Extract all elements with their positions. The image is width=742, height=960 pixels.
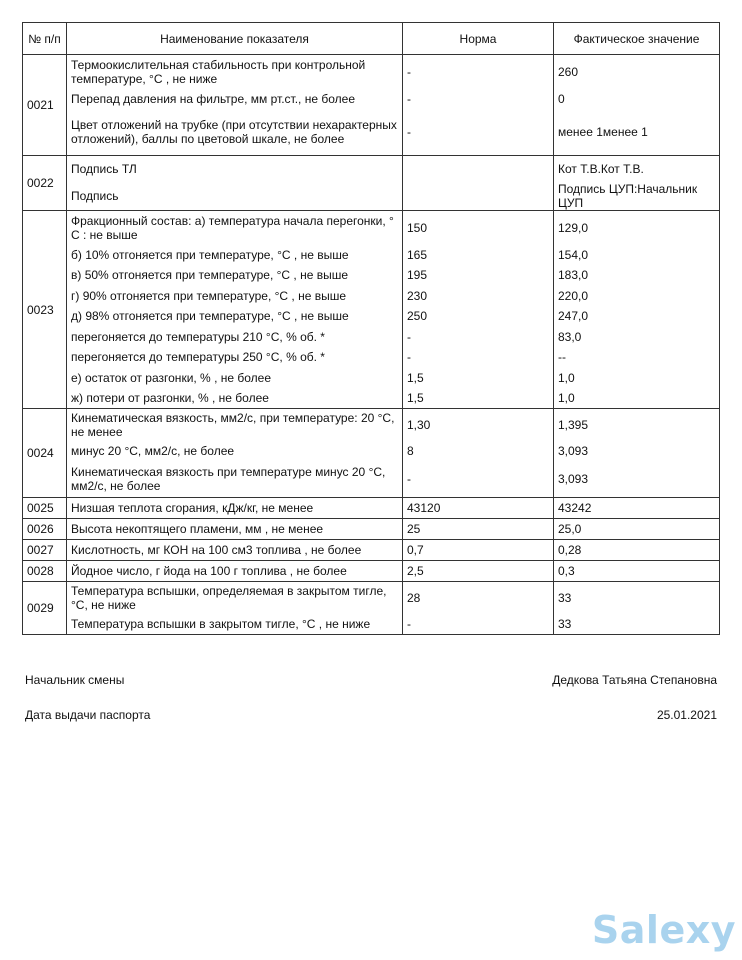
- header-norm: Норма: [403, 23, 554, 55]
- table-header-row: № п/п Наименование показателя Норма Факт…: [23, 23, 720, 55]
- table-row: 0022Подпись ТЛПодписьКот Т.В.Кот Т.В.Под…: [23, 156, 720, 211]
- indicator-name: Температура вспышки, определяемая в закр…: [71, 584, 398, 612]
- row-code: 0028: [23, 561, 67, 582]
- passport-table: № п/п Наименование показателя Норма Факт…: [22, 22, 720, 635]
- row-norm-cell: 25: [403, 519, 554, 540]
- indicator-norm: -: [407, 350, 411, 364]
- indicator-name: Перепад давления на фильтре, мм рт.ст., …: [71, 92, 355, 106]
- indicator-value: 260: [558, 65, 578, 79]
- indicator-norm: 8: [407, 444, 414, 458]
- indicator-value: Кот Т.В.Кот Т.В.: [558, 162, 644, 176]
- table-row: 0024Кинематическая вязкость, мм2/с, при …: [23, 409, 720, 498]
- indicator-name: Подпись ТЛ: [71, 162, 137, 176]
- indicator-value: 1,0: [558, 371, 575, 385]
- row-name-cell: Йодное число, г йода на 100 г топлива , …: [67, 561, 403, 582]
- indicator-name: минус 20 °С, мм2/с, не более: [71, 444, 234, 458]
- indicator-norm: -: [407, 472, 411, 486]
- indicator-name: Термоокислительная стабильность при конт…: [71, 58, 398, 86]
- row-name-cell: Температура вспышки, определяемая в закр…: [67, 582, 403, 635]
- indicator-value: 220,0: [558, 289, 588, 303]
- row-value-cell: 43242: [554, 498, 720, 519]
- header-indicator: Наименование показателя: [67, 23, 403, 55]
- indicator-name: ж) потери от разгонки, % , не более: [71, 391, 269, 405]
- indicator-name: б) 10% отгоняется при температуре, °С , …: [71, 248, 349, 262]
- indicator-value: --: [558, 350, 566, 364]
- row-value-cell: 129,0154,0183,0220,0247,083,0--1,01,0: [554, 211, 720, 409]
- indicator-norm: 195: [407, 268, 427, 282]
- indicator-norm: -: [407, 617, 411, 631]
- row-name-cell: Фракционный состав: а) температура начал…: [67, 211, 403, 409]
- indicator-value: 183,0: [558, 268, 588, 282]
- table-row: 0025Низшая теплота сгорания, кДж/кг, не …: [23, 498, 720, 519]
- indicator-value: Подпись ЦУП:Начальник ЦУП: [558, 182, 715, 210]
- indicator-norm: 165: [407, 248, 427, 262]
- indicator-name: Низшая теплота сгорания, кДж/кг, не мене…: [71, 501, 313, 515]
- table-row: 0023Фракционный состав: а) температура н…: [23, 211, 720, 409]
- table-body: 0021Термоокислительная стабильность при …: [23, 55, 720, 635]
- row-value-cell: 0,3: [554, 561, 720, 582]
- indicator-norm: 150: [407, 221, 427, 235]
- row-norm-cell: ---: [403, 55, 554, 156]
- indicator-name: Цвет отложений на трубке (при отсутствии…: [71, 118, 398, 146]
- row-value-cell: 0,28: [554, 540, 720, 561]
- row-norm-cell: 43120: [403, 498, 554, 519]
- indicator-name: перегоняется до температуры 210 °С, % об…: [71, 330, 325, 344]
- row-norm-cell: 2,5: [403, 561, 554, 582]
- indicator-name: в) 50% отгоняется при температуре, °С , …: [71, 268, 348, 282]
- row-code: 0027: [23, 540, 67, 561]
- table-row: 0026Высота некоптящего пламени, мм , не …: [23, 519, 720, 540]
- indicator-value: менее 1менее 1: [558, 125, 648, 139]
- row-value-cell: 2600менее 1менее 1: [554, 55, 720, 156]
- row-norm-cell: 150165195230250--1,51,5: [403, 211, 554, 409]
- row-name-cell: Подпись ТЛПодпись: [67, 156, 403, 211]
- indicator-value: 0: [558, 92, 565, 106]
- indicator-name: Кислотность, мг КОН на 100 см3 топлива ,…: [71, 543, 361, 557]
- indicator-value: 0,3: [558, 564, 575, 578]
- indicator-norm: 28: [407, 591, 420, 605]
- row-code: 0023: [23, 211, 67, 409]
- row-code: 0022: [23, 156, 67, 211]
- indicator-norm: 43120: [407, 501, 440, 515]
- indicator-norm: 2,5: [407, 564, 424, 578]
- indicator-value: 83,0: [558, 330, 581, 344]
- indicator-norm: 230: [407, 289, 427, 303]
- row-code: 0029: [23, 582, 67, 635]
- table-row: 0028Йодное число, г йода на 100 г топлив…: [23, 561, 720, 582]
- indicator-name: Кинематическая вязкость, мм2/с, при темп…: [71, 411, 398, 439]
- indicator-norm: 250: [407, 309, 427, 323]
- indicator-value: 0,28: [558, 543, 581, 557]
- row-code: 0021: [23, 55, 67, 156]
- indicator-name: Температура вспышки в закрытом тигле, °С…: [71, 617, 370, 631]
- row-code: 0024: [23, 409, 67, 498]
- indicator-name: перегоняется до температуры 250 °С, % об…: [71, 350, 325, 364]
- table-row: 0021Термоокислительная стабильность при …: [23, 55, 720, 156]
- row-value-cell: Кот Т.В.Кот Т.В.Подпись ЦУП:Начальник ЦУ…: [554, 156, 720, 211]
- row-value-cell: 25,0: [554, 519, 720, 540]
- indicator-name: д) 98% отгоняется при температуре, °С , …: [71, 309, 349, 323]
- indicator-norm: 0,7: [407, 543, 424, 557]
- salexy-watermark-logo: Salexy: [592, 908, 736, 952]
- row-norm-cell: 0,7: [403, 540, 554, 561]
- indicator-value: 25,0: [558, 522, 581, 536]
- indicator-value: 1,0: [558, 391, 575, 405]
- indicator-value: 154,0: [558, 248, 588, 262]
- issue-date-label: Дата выдачи паспорта: [25, 708, 150, 722]
- shift-head-label: Начальник смены: [25, 673, 124, 687]
- row-norm-cell: 1,308-: [403, 409, 554, 498]
- indicator-name: г) 90% отгоняется при температуре, °С , …: [71, 289, 346, 303]
- indicator-name: Фракционный состав: а) температура начал…: [71, 214, 398, 242]
- row-name-cell: Высота некоптящего пламени, мм , не мене…: [67, 519, 403, 540]
- indicator-norm: 1,30: [407, 418, 430, 432]
- row-norm-cell: 28-: [403, 582, 554, 635]
- indicator-norm: 1,5: [407, 391, 424, 405]
- indicator-value: 129,0: [558, 221, 588, 235]
- row-code: 0025: [23, 498, 67, 519]
- row-name-cell: Низшая теплота сгорания, кДж/кг, не мене…: [67, 498, 403, 519]
- shift-head-name: Дедкова Татьяна Степановна: [552, 673, 717, 687]
- header-number: № п/п: [23, 23, 67, 55]
- row-code: 0026: [23, 519, 67, 540]
- indicator-norm: 25: [407, 522, 420, 536]
- indicator-value: 247,0: [558, 309, 588, 323]
- indicator-name: Йодное число, г йода на 100 г топлива , …: [71, 564, 347, 578]
- indicator-value: 43242: [558, 501, 591, 515]
- table-row: 0029Температура вспышки, определяемая в …: [23, 582, 720, 635]
- indicator-norm: 1,5: [407, 371, 424, 385]
- row-name-cell: Кислотность, мг КОН на 100 см3 топлива ,…: [67, 540, 403, 561]
- row-value-cell: 1,3953,0933,093: [554, 409, 720, 498]
- row-value-cell: 3333: [554, 582, 720, 635]
- header-actual-value: Фактическое значение: [554, 23, 720, 55]
- indicator-name: Подпись: [71, 189, 119, 203]
- issue-date: 25.01.2021: [657, 708, 717, 722]
- indicator-value: 33: [558, 617, 571, 631]
- indicator-name: Кинематическая вязкость при температуре …: [71, 465, 398, 493]
- indicator-value: 33: [558, 591, 571, 605]
- row-name-cell: Термоокислительная стабильность при конт…: [67, 55, 403, 156]
- indicator-name: Высота некоптящего пламени, мм , не мене…: [71, 522, 323, 536]
- indicator-name: е) остаток от разгонки, % , не более: [71, 371, 271, 385]
- row-norm-cell: [403, 156, 554, 211]
- indicator-norm: -: [407, 125, 411, 139]
- indicator-norm: -: [407, 92, 411, 106]
- indicator-norm: -: [407, 330, 411, 344]
- indicator-value: 3,093: [558, 444, 588, 458]
- indicator-value: 3,093: [558, 472, 588, 486]
- row-name-cell: Кинематическая вязкость, мм2/с, при темп…: [67, 409, 403, 498]
- table-row: 0027Кислотность, мг КОН на 100 см3 топли…: [23, 540, 720, 561]
- indicator-norm: -: [407, 65, 411, 79]
- indicator-value: 1,395: [558, 418, 588, 432]
